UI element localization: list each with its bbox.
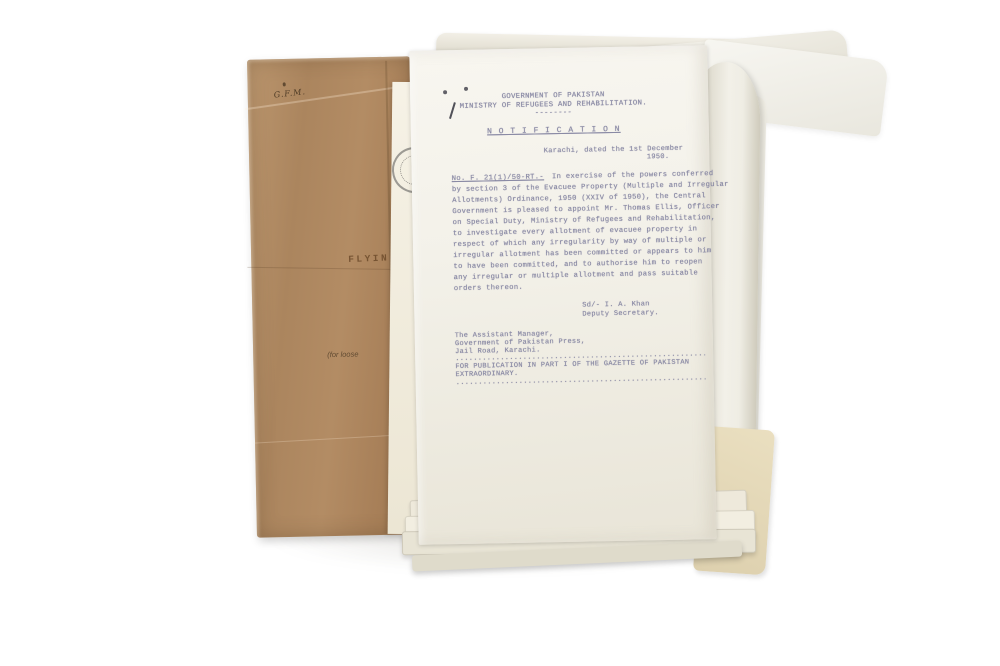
signature-block: Sd/- I. A. Khan Deputy Secretary. <box>582 300 659 318</box>
envelope-handwritten-initials: G.F.M. <box>273 87 306 99</box>
staple-hole <box>464 87 468 91</box>
signature-line: Deputy Secretary. <box>582 309 659 319</box>
dateline: Karachi, dated the 1st December 1950. <box>544 145 684 164</box>
body-line-text: In exercise of the powers conferred <box>552 170 714 181</box>
envelope-corner-note: (for loose <box>327 349 358 359</box>
envelope-crease <box>245 84 416 111</box>
document-letterhead: GOVERNMENT OF PAKISTAN MINISTRY OF REFUG… <box>410 89 696 120</box>
photo-canvas: G.F.M. FLYIN (for loose GOVERNMENT OF PA… <box>0 0 1000 666</box>
top-document-sheet: GOVERNMENT OF PAKISTAN MINISTRY OF REFUG… <box>409 45 716 545</box>
reference-number: No. F. 21(1)/50-RT.- <box>452 173 544 183</box>
body-paragraph: No. F. 21(1)/50-RT.-In exercise of the p… <box>452 169 706 295</box>
notification-title: N O T I F I C A T I O N <box>411 123 697 137</box>
envelope-stamp-text: FLYIN <box>348 252 389 265</box>
